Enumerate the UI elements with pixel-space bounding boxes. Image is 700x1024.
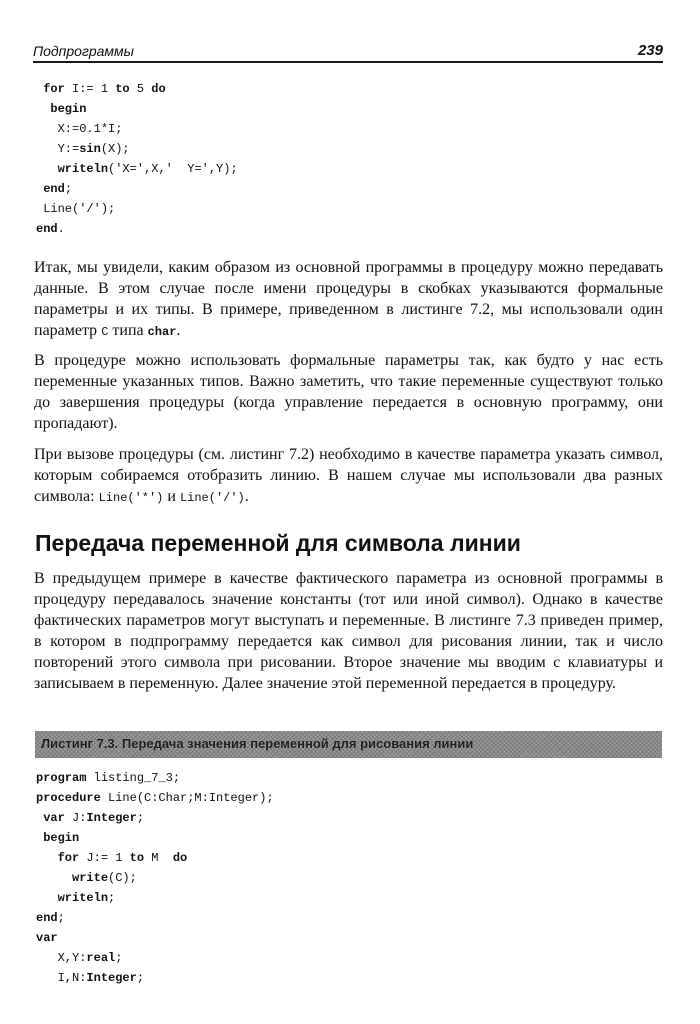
page-number: 239: [638, 42, 663, 59]
code-line: for I:= 1 to 5 do: [36, 79, 238, 99]
inline-code-line-star: Line('*'): [99, 491, 164, 505]
code-line: end;: [36, 179, 238, 199]
paragraph-2: В процедуре можно использовать формальны…: [34, 350, 663, 434]
paragraph-4: В предыдущем примере в качестве фактичес…: [34, 568, 663, 694]
listing-caption-bar: Листинг 7.3. Передача значения переменно…: [35, 731, 662, 758]
paragraph-3: При вызове процедуры (см. листинг 7.2) н…: [34, 444, 663, 509]
code-line: begin: [36, 99, 238, 119]
running-header: Подпрограммы 239: [33, 40, 663, 63]
code-line: var J:Integer;: [36, 808, 274, 828]
code-line: for J:= 1 to M do: [36, 848, 274, 868]
code-line: var: [36, 928, 274, 948]
listing-title: Листинг 7.3. Передача значения переменно…: [41, 736, 473, 751]
code-snippet-top: for I:= 1 to 5 do begin X:=0.1*I; Y:=sin…: [36, 79, 238, 239]
code-line: X,Y:real;: [36, 948, 274, 968]
code-line: begin: [36, 828, 274, 848]
code-line: program listing_7_3;: [36, 768, 274, 788]
code-line: procedure Line(C:Char;M:Integer);: [36, 788, 274, 808]
code-line: Y:=sin(X);: [36, 139, 238, 159]
code-line: end.: [36, 219, 238, 239]
section-title: Подпрограммы: [33, 43, 134, 59]
inline-code-line-slash: Line('/'): [180, 491, 245, 505]
code-line: Line('/');: [36, 199, 238, 219]
code-line: X:=0.1*I;: [36, 119, 238, 139]
code-line: writeln('X=',X,' Y=',Y);: [36, 159, 238, 179]
code-line: write(C);: [36, 868, 274, 888]
inline-code-type: char: [148, 325, 177, 339]
section-heading: Передача переменной для символа линии: [35, 530, 521, 557]
code-line: writeln;: [36, 888, 274, 908]
code-listing-7-3: program listing_7_3;procedure Line(C:Cha…: [36, 768, 274, 988]
paragraph-1: Итак, мы увидели, каким образом из основ…: [34, 257, 663, 343]
code-line: I,N:Integer;: [36, 968, 274, 988]
code-line: end;: [36, 908, 274, 928]
